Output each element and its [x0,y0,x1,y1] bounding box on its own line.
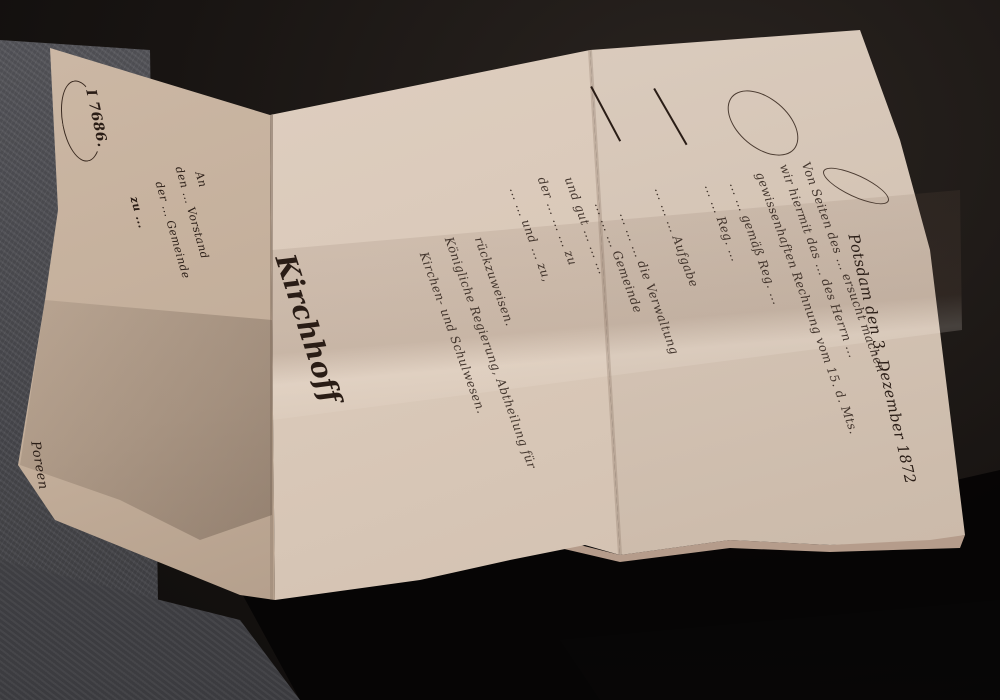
letter-paper: I 7686. An den ... Vorstand der ... Geme… [0,0,1000,700]
vertical-crease-left [270,115,273,600]
photo-scene: I 7686. An den ... Vorstand der ... Geme… [0,0,1000,700]
